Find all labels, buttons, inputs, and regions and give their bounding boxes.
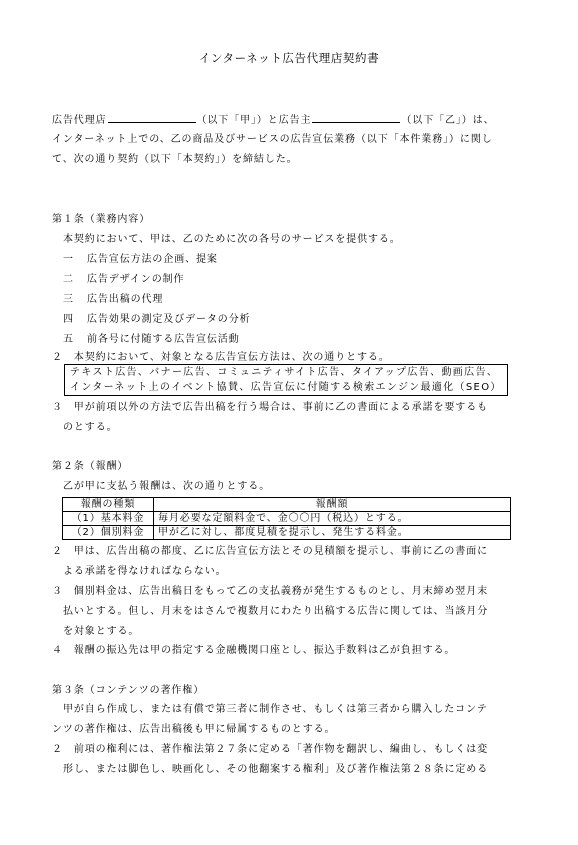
fee-type-cell: （2）個別料金: [63, 526, 154, 540]
ad-methods-line-1: テキスト広告、バナー広告、コミュニティサイト広告、タイアップ広告、動画広告、: [70, 366, 498, 380]
article-3-para-2-line-2: 形し、または脚色し、映画化し、その他翻案する権利」及び著作権法第２８条に定める: [63, 763, 488, 777]
table-header-row: 報酬の種類 報酬額: [63, 498, 511, 512]
article-1-para-3-line-1: ３ 甲が前項以外の方法で広告出稿を行う場合は、事前に乙の書面による承諾を要するも: [52, 401, 488, 415]
table-row: （1）基本料金 毎月必要な定額料金で、金〇〇円（税込）とする。: [63, 512, 511, 526]
article-1-item: 三広告出稿の代理: [63, 293, 163, 307]
preamble-line-1: 広告代理店（以下「甲」）と広告主（以下「乙」）は、: [52, 112, 495, 128]
article-1-intro: 本契約において、甲は、乙のために次の各号のサービスを提供する。: [63, 233, 401, 247]
ad-methods-box: テキスト広告、バナー広告、コミュニティサイト広告、タイアップ広告、動画広告、 イ…: [64, 364, 508, 396]
item-number: 四: [63, 313, 87, 327]
fee-amount-cell: 甲が乙に対し、都度見積を提示し、発生する料金。: [154, 526, 511, 540]
article-3-para-1-line-1: 甲が自ら作成し、または有償で第三者に制作させ、もしくは第三者から購入したコンテ: [63, 703, 488, 717]
advertiser-name-blank[interactable]: [312, 112, 400, 123]
article-3-para-1-line-2: ンツの著作権は、広告出稿後も甲に帰属するものとする。: [52, 723, 335, 737]
article-3-para-2-line-1: ２ 前項の権利には、著作権法第２７条に定める「著作物を翻訳し、編曲し、もしくは変: [52, 743, 488, 757]
item-number: 五: [63, 333, 87, 347]
article-1-item: 一広告宣伝方法の企画、提案: [63, 253, 218, 267]
item-number: 三: [63, 293, 87, 307]
article-2-heading: 第２条（報酬）: [52, 460, 128, 474]
ad-methods-line-2: インターネット上のイベント協賛、広告宣伝に付随する検索エンジン最適化（SEO）: [70, 381, 502, 395]
item-number: 一: [63, 253, 87, 267]
party-b-definition: （以下「乙」）は、: [401, 115, 494, 126]
fee-amount-cell: 毎月必要な定額料金で、金〇〇円（税込）とする。: [154, 512, 511, 526]
article-2-para-2-line-2: よる承諾を得なければならない。: [63, 565, 227, 579]
article-2-para-2-line-1: ２ 甲は、広告出稿の都度、乙に広告宣伝方法とその見積額を提示し、事前に乙の書面に: [52, 545, 488, 559]
article-2-intro: 乙が甲に支払う報酬は、次の通りとする。: [63, 480, 270, 494]
item-text: 広告出稿の代理: [87, 294, 163, 305]
preamble-line-2: インターネット上での、乙の商品及びサービスの広告宣伝業務（以下「本件業務」）に関…: [52, 133, 493, 147]
column-header-fee-amount: 報酬額: [154, 498, 511, 512]
item-number: 二: [63, 273, 87, 287]
item-text: 広告宣伝方法の企画、提案: [87, 254, 218, 265]
party-a-definition: （以下「甲」）と広告主: [197, 115, 312, 126]
article-3-heading: 第３条（コンテンツの著作権）: [52, 684, 204, 698]
column-header-fee-type: 報酬の種類: [63, 498, 154, 512]
preamble-line-3: て、次の通り契約（以下「本契約」）を締結した。: [52, 153, 298, 167]
article-2-para-3-line-2: 払いとする。但し、月末をはさんで複数月にわたり出稿する広告に関しては、当該月分: [63, 605, 488, 619]
article-2-para-4: ４ 報酬の振込先は甲の指定する金融機関口座とし、振込手数料は乙が負担する。: [52, 644, 455, 658]
agency-name-blank[interactable]: [108, 112, 196, 123]
agency-label: 広告代理店: [52, 115, 107, 126]
document-title: インターネット広告代理店契約書: [0, 51, 578, 65]
fee-type-cell: （1）基本料金: [63, 512, 154, 526]
item-text: 広告デザインの制作: [87, 274, 184, 285]
item-text: 広告効果の測定及びデータの分析: [87, 314, 251, 325]
article-1-item: 四広告効果の測定及びデータの分析: [63, 313, 251, 327]
article-1-item: 五前各号に付随する広告宣伝活動: [63, 333, 240, 347]
article-1-item: 二広告デザインの制作: [63, 273, 184, 287]
article-2-para-3-line-3: を対象とする。: [63, 625, 139, 639]
article-1-para-3-line-2: のとする。: [63, 421, 118, 435]
table-row: （2）個別料金 甲が乙に対し、都度見積を提示し、発生する料金。: [63, 526, 511, 540]
item-text: 前各号に付随する広告宣伝活動: [87, 334, 240, 345]
fee-table: 報酬の種類 報酬額 （1）基本料金 毎月必要な定額料金で、金〇〇円（税込）とする…: [62, 497, 511, 540]
article-2-para-3-line-1: ３ 個別料金は、広告出稿日をもって乙の支払義務が発生するものとし、月末締め翌月末: [52, 585, 488, 599]
article-1-para-2: ２ 本契約において、対象となる広告宣伝方法は、次の通りとする。: [52, 351, 390, 365]
article-1-heading: 第１条（業務内容）: [52, 213, 150, 227]
